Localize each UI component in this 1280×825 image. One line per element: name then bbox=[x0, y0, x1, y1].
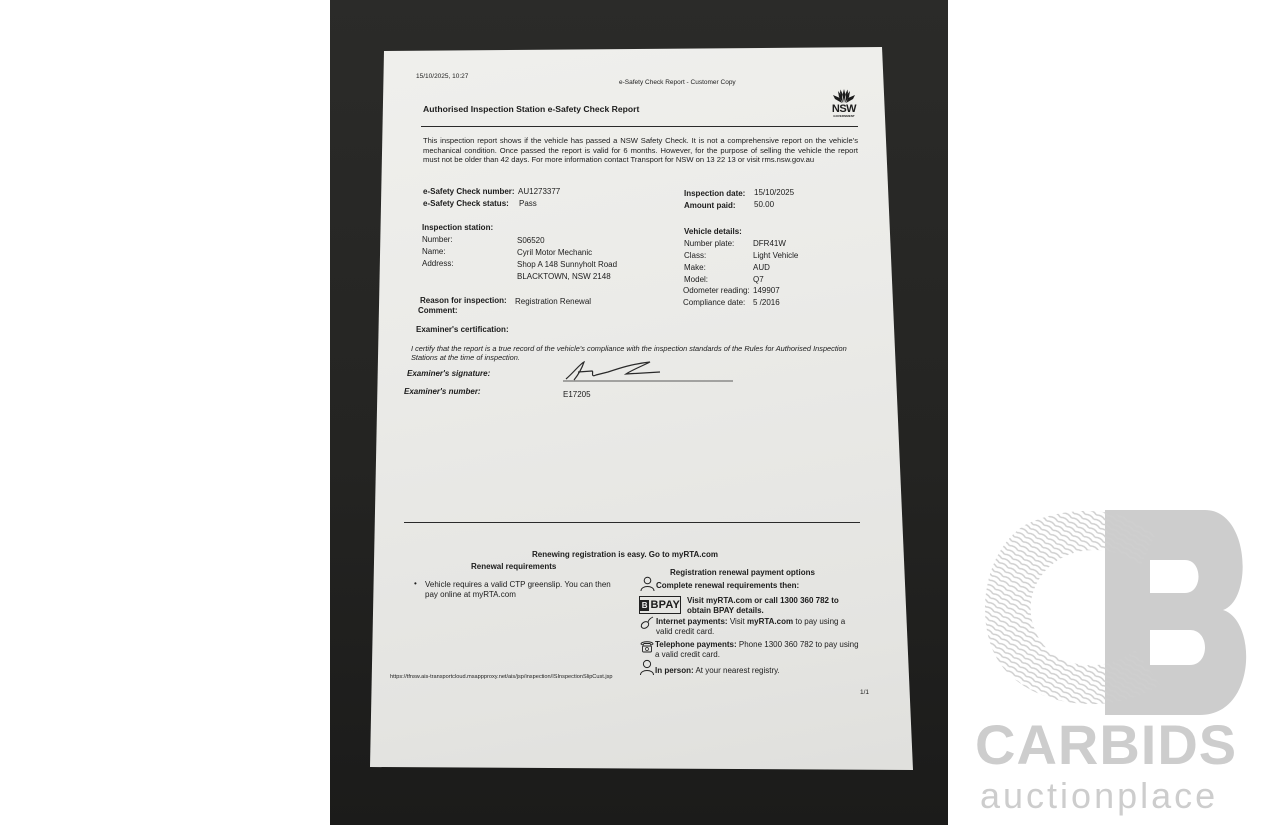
telephone-payments-label: Telephone payments: bbox=[655, 640, 737, 649]
check-number-label: e-Safety Check number: bbox=[423, 187, 515, 196]
station-address-label: Address: bbox=[422, 259, 454, 268]
reason-label: Reason for inspection: bbox=[420, 296, 507, 305]
page-number: 1/1 bbox=[860, 689, 869, 696]
watermark-tagline: auctionplace bbox=[980, 775, 1218, 817]
model-value: Q7 bbox=[753, 275, 764, 284]
print-timestamp: 15/10/2025, 10:27 bbox=[416, 73, 468, 80]
station-name-label: Name: bbox=[422, 247, 446, 256]
number-plate-value: DFR41W bbox=[753, 239, 786, 248]
requirement-bullet: • bbox=[414, 579, 417, 588]
renewal-requirements-heading: Renewal requirements bbox=[471, 562, 556, 571]
nsw-government-logo: NSW GOVERNMENT bbox=[829, 88, 859, 124]
bpay-badge-text: BPAY bbox=[650, 597, 680, 613]
station-address-line1: Shop A 148 Sunnyholt Road bbox=[517, 260, 617, 269]
model-label: Model: bbox=[684, 275, 708, 284]
vehicle-details-heading: Vehicle details: bbox=[684, 227, 742, 236]
check-number-value: AU1273377 bbox=[518, 187, 560, 196]
renewal-divider bbox=[404, 522, 860, 523]
odometer-label: Odometer reading: bbox=[683, 286, 750, 295]
examiner-number-label: Examiner's number: bbox=[404, 387, 481, 396]
check-status-value: Pass bbox=[519, 199, 537, 208]
myrta-link: myRTA.com bbox=[747, 617, 793, 626]
carbids-logo-icon bbox=[975, 505, 1255, 720]
print-title: e-Safety Check Report - Customer Copy bbox=[619, 79, 736, 86]
nsw-logo-text: NSW bbox=[829, 104, 859, 114]
station-address-line2: BLACKTOWN, NSW 2148 bbox=[517, 272, 611, 281]
internet-payments-label: Internet payments: bbox=[656, 617, 728, 626]
inspection-date-value: 15/10/2025 bbox=[754, 188, 794, 197]
person-icon bbox=[640, 659, 654, 675]
make-label: Make: bbox=[684, 263, 706, 272]
comment-label: Comment: bbox=[418, 306, 458, 315]
payment-options-heading: Registration renewal payment options bbox=[670, 568, 815, 577]
payment-option-telephone: Telephone payments: Phone 1300 360 782 t… bbox=[655, 640, 860, 660]
make-value: AUD bbox=[753, 263, 770, 272]
examiner-signature bbox=[560, 358, 736, 384]
watermark-brand: CARBIDS bbox=[975, 712, 1237, 777]
nsw-logo-subtext: GOVERNMENT bbox=[829, 114, 859, 118]
waratah-icon bbox=[832, 88, 856, 104]
payment-option-in-person: In person: At your nearest registry. bbox=[655, 666, 780, 675]
class-label: Class: bbox=[684, 251, 706, 260]
check-status-label: e-Safety Check status: bbox=[423, 199, 509, 208]
inspection-station-heading: Inspection station: bbox=[422, 223, 493, 232]
payment-option-bpay: Visit myRTA.com or call 1300 360 782 to … bbox=[687, 596, 857, 616]
examiner-number-value: E17205 bbox=[563, 390, 591, 399]
in-person-text: At your nearest registry. bbox=[695, 666, 779, 675]
telephone-icon bbox=[640, 640, 654, 653]
station-number-value: S06520 bbox=[517, 236, 545, 245]
signature-label: Examiner's signature: bbox=[407, 369, 490, 378]
reason-value: Registration Renewal bbox=[515, 297, 591, 306]
amount-paid-label: Amount paid: bbox=[684, 201, 736, 210]
payment-option-internet: Internet payments: Visit myRTA.com to pa… bbox=[656, 617, 861, 637]
number-plate-label: Number plate: bbox=[684, 239, 734, 248]
mouse-icon bbox=[640, 616, 654, 630]
compliance-date-label: Compliance date: bbox=[683, 298, 745, 307]
requirement-item: Vehicle requires a valid CTP greenslip. … bbox=[425, 580, 625, 600]
intro-paragraph: This inspection report shows if the vehi… bbox=[423, 136, 858, 165]
bpay-icon: BBPAY bbox=[639, 596, 681, 614]
report-title: Authorised Inspection Station e-Safety C… bbox=[423, 104, 639, 114]
footer-url: https://tfnsw.ais-transportcloud.msapppr… bbox=[390, 674, 613, 680]
odometer-value: 149907 bbox=[753, 286, 780, 295]
renewal-banner: Renewing registration is easy. Go to myR… bbox=[532, 550, 718, 559]
inspection-date-label: Inspection date: bbox=[684, 189, 745, 198]
title-divider bbox=[421, 126, 858, 127]
person-icon bbox=[640, 576, 655, 591]
payment-option-complete: Complete renewal requirements then: bbox=[656, 581, 799, 590]
station-name-value: Cyril Motor Mechanic bbox=[517, 248, 592, 257]
compliance-date-value: 5 /2016 bbox=[753, 298, 780, 307]
internet-payments-text: Visit bbox=[730, 617, 745, 626]
class-value: Light Vehicle bbox=[753, 251, 798, 260]
station-number-label: Number: bbox=[422, 235, 453, 244]
in-person-label: In person: bbox=[655, 666, 694, 675]
examiner-certification-heading: Examiner's certification: bbox=[416, 325, 509, 334]
amount-paid-value: 50.00 bbox=[754, 200, 774, 209]
